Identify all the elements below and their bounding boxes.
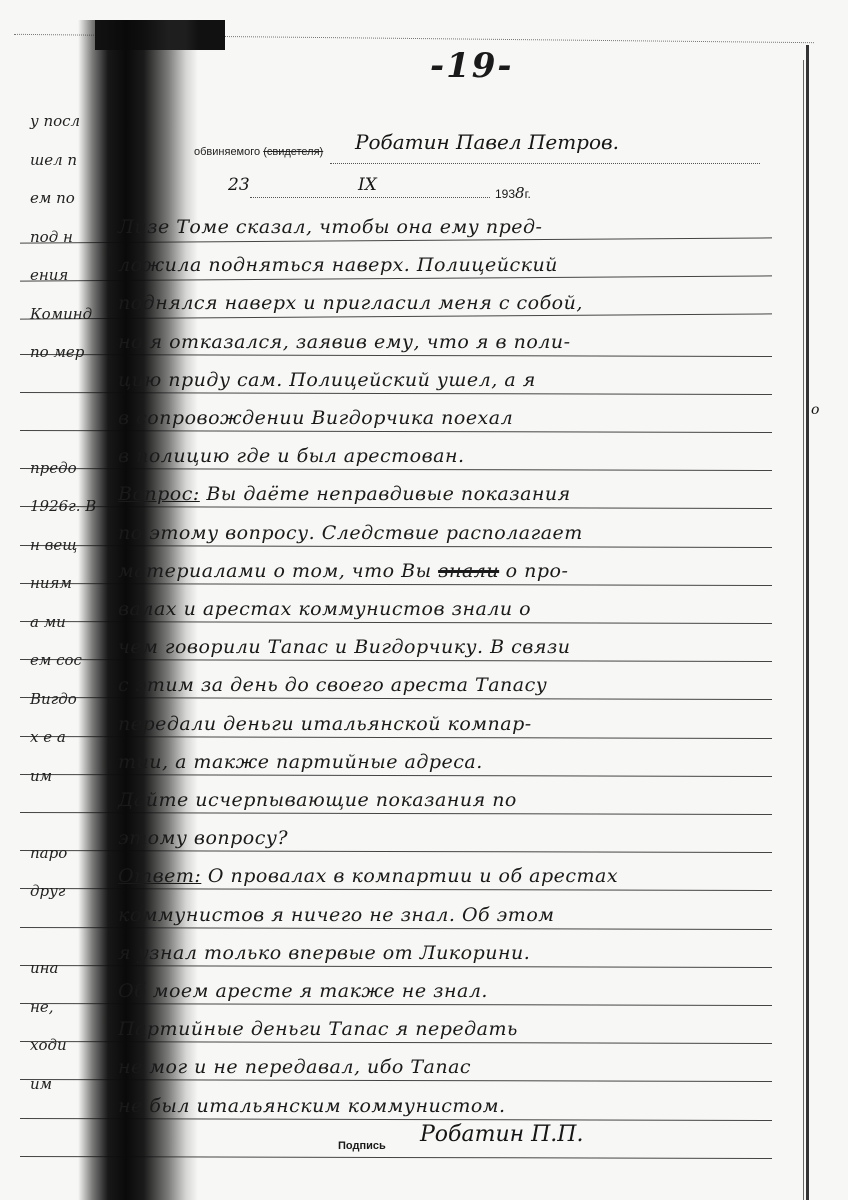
crossed-out-word: знали (438, 560, 499, 582)
facing-page-fragment: н вещ (30, 536, 77, 554)
signature-label: Подпись (338, 1140, 386, 1152)
facing-page-fragment: предо (30, 459, 77, 477)
body-line: ложила подняться наверх. Полицейский (118, 250, 558, 280)
body-line: чем говорили Тапас и Вигдорчику. В связи (118, 632, 571, 662)
body-line: в сопровождении Вигдорчика поехал (118, 403, 513, 433)
body-line: но я отказался, заявив ему, что я в поли… (118, 327, 571, 357)
body-line: поднялся наверх и пригласил меня с собой… (118, 288, 583, 318)
body-line: Об моем аресте я также не знал. (118, 976, 488, 1006)
body-line: валах и арестах коммунистов знали о (118, 594, 531, 624)
scanned-document-page: о -19- обвиняемого (свидетеля) Робатин П… (0, 0, 848, 1200)
facing-page-fragment: а ми (30, 613, 66, 631)
body-line: тии, а также партийные адреса. (118, 747, 483, 777)
body-line: коммунистов я ничего не знал. Об этом (118, 900, 555, 930)
body-line: с этим за день до своего ареста Тапасу (118, 670, 547, 700)
facing-page-fragment: у посл (30, 112, 80, 130)
facing-page-fragment: ина (30, 959, 58, 977)
body-line: я узнал только впервые от Ликорини. (118, 938, 530, 968)
body-line: передали деньги итальянской компар- (118, 709, 532, 739)
facing-page-fragment: им (30, 767, 52, 785)
body-line: Партийные деньги Тапас я передать (118, 1014, 518, 1044)
facing-page-fragment: не, (30, 998, 54, 1016)
facing-page-fragment: ходи (30, 1036, 67, 1054)
body-line: Дайте исчерпывающие показания по (118, 785, 517, 815)
facing-page-fragment: шел п (30, 151, 77, 169)
facing-page-fragment: им (30, 1075, 52, 1093)
facing-page-fragment: х е а (30, 728, 66, 746)
body-line: этому вопросу? (118, 823, 288, 853)
facing-page-fragment: под н (30, 228, 73, 246)
body-line: Лизе Томе сказал, чтобы она ему пред- (118, 212, 542, 242)
body-line: по этому вопросу. Следствие располагает (118, 518, 583, 548)
body-line: материалами о том, что Вы знали о про- (118, 556, 568, 586)
facing-page-fragment: паро (30, 844, 67, 862)
body-line: Вопрос: Вы даёте неправдивые показания (118, 479, 571, 509)
facing-page-fragment: ем сос (30, 651, 82, 669)
answer-label: Ответ: (118, 865, 201, 887)
facing-page-fragment: по мер (30, 343, 84, 361)
facing-page-fragment: ения (30, 266, 68, 284)
question-label: Вопрос: (118, 483, 200, 505)
facing-page-fragment: ниям (30, 574, 72, 592)
body-line: в полицию где и был арестован. (118, 441, 465, 471)
body-line: Ответ: О провалах в компартии и об арест… (118, 861, 618, 891)
body-line: цию приду сам. Полицейский ушел, а я (118, 365, 536, 395)
signature: Робатин П.П. (420, 1122, 583, 1147)
body-line: не был итальянским коммунистом. (118, 1091, 506, 1121)
body-line: не мог и не передавал, ибо Тапас (118, 1052, 471, 1082)
facing-page-fragment: ем по (30, 189, 75, 207)
facing-page-fragment: Вигдо (30, 690, 77, 708)
facing-page-fragment: друг (30, 882, 65, 900)
